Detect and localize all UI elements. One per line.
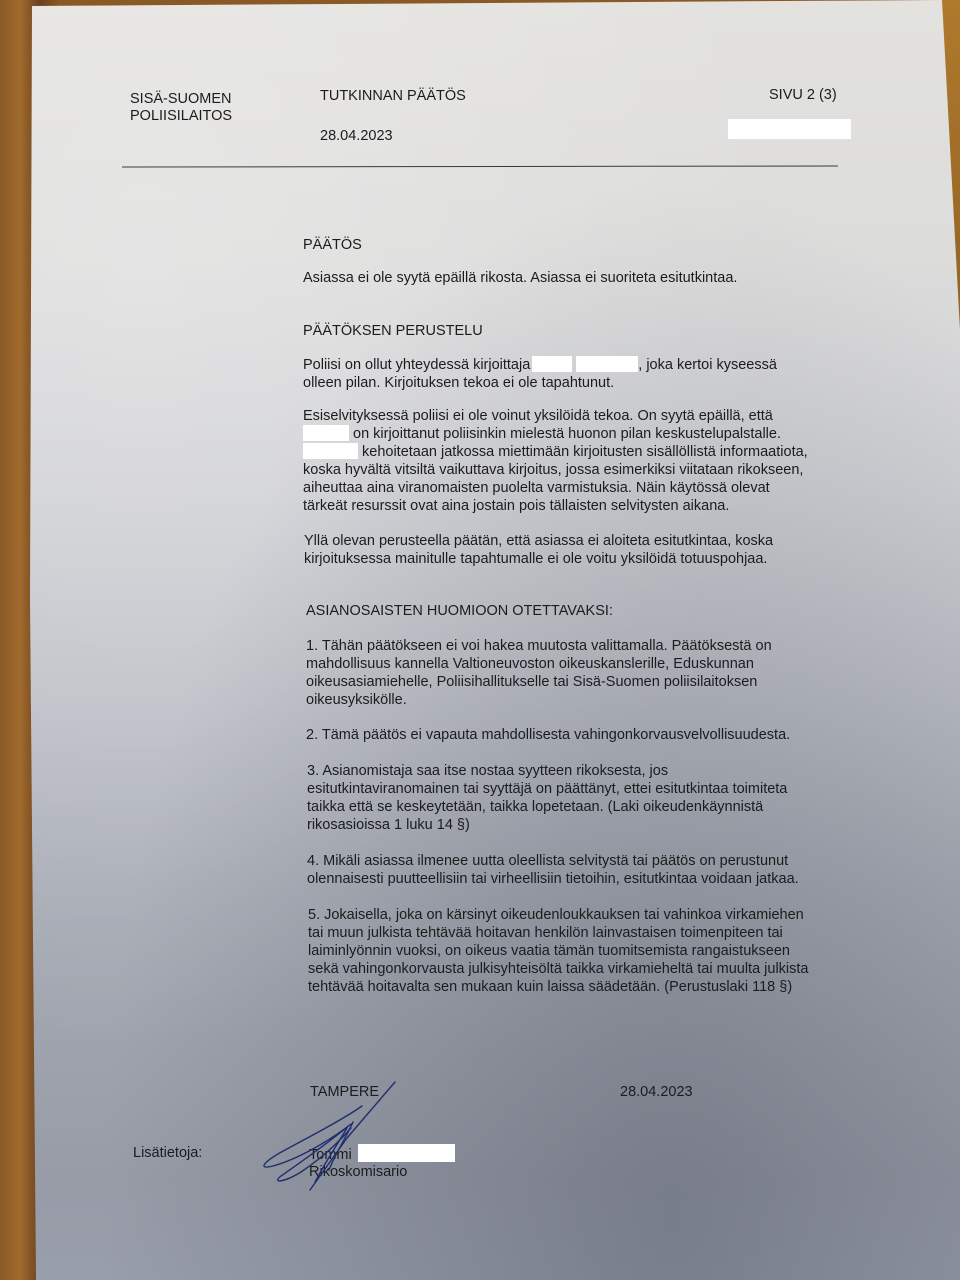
note-4-line: 4. Mikäli asiassa ilmenee uutta oleellis…: [307, 852, 799, 870]
note-item-2: 2. Tämä päätös ei vapauta mahdollisesta …: [306, 726, 790, 744]
note-5-line: sekä vahingonkorvausta julkisyhteisöltä …: [308, 960, 809, 978]
redaction-author-first: [532, 356, 572, 372]
grounds-p2-line2: on kirjoittanut poliisinkin mielestä huo…: [353, 426, 781, 442]
grounds-p2-line3: kehoitetaan jatkossa miettimään kirjoitu…: [362, 444, 808, 460]
grounds-paragraph-2: Esiselvityksessä poliisi ei ole voinut y…: [303, 407, 808, 515]
note-1-line: oikeusyksikölle.: [306, 691, 772, 709]
document-date: 28.04.2023: [320, 127, 393, 145]
note-item-3: 3. Asianomistaja saa itse nostaa syyttee…: [307, 762, 787, 834]
redaction-name: [303, 425, 349, 441]
note-item-1: 1. Tähän päätökseen ei voi hakea muutost…: [306, 637, 772, 709]
redaction-author-last: [576, 356, 638, 372]
signing-date: 28.04.2023: [620, 1083, 693, 1101]
handwritten-signature: [255, 1078, 425, 1198]
redaction-name: [303, 443, 358, 459]
note-5-line: tehtävää hoitavalta sen mukaan kuin lais…: [308, 978, 809, 996]
grounds-p3-line2: kirjoituksessa mainitulle tapahtumalle e…: [304, 550, 773, 568]
note-5-line: tai muun julkista tehtävää hoitavan henk…: [308, 924, 809, 942]
contact-label: Lisätietoja:: [133, 1144, 202, 1162]
page-indicator: SIVU 2 (3): [769, 86, 837, 104]
note-5-line: 5. Jokaisella, joka on kärsinyt oikeuden…: [308, 906, 809, 924]
note-4-line: olennaisesti puutteellisiin tai virheell…: [307, 870, 799, 888]
note-3-line: rikosasioissa 1 luku 14 §): [307, 816, 787, 834]
note-item-5: 5. Jokaisella, joka on kärsinyt oikeuden…: [308, 906, 809, 996]
grounds-p1-text: Poliisi on ollut yhteydessä kirjoittaja: [303, 357, 530, 373]
grounds-p1-text-cont: , joka kertoi kyseessä: [638, 357, 777, 373]
grounds-p2-line1: Esiselvityksessä poliisi ei ole voinut y…: [303, 407, 808, 425]
note-1-line: mahdollisuus kannella Valtioneuvoston oi…: [306, 655, 772, 673]
note-3-line: 3. Asianomistaja saa itse nostaa syyttee…: [307, 762, 787, 780]
org-name-line1: SISÄ-SUOMEN: [130, 90, 232, 108]
redaction-case-number: [728, 119, 851, 139]
note-1-line: 1. Tähän päätökseen ei voi hakea muutost…: [306, 637, 772, 655]
grounds-p3-line1: Yllä olevan perusteella päätän, että asi…: [304, 532, 773, 550]
note-5-line: laiminlyönnin vuoksi, on oikeus vaatia t…: [308, 942, 809, 960]
grounds-p2-line4: koska hyvältä vitsiltä vaikuttava kirjoi…: [303, 461, 808, 479]
grounds-paragraph-1: Poliisi on ollut yhteydessä kirjoittaja,…: [303, 356, 777, 392]
note-3-line: esitutkintaviranomainen tai syyttäjä on …: [307, 780, 787, 798]
grounds-p1-line2: olleen pilan. Kirjoituksen tekoa ei ole …: [303, 374, 777, 392]
grounds-p2-line5: aiheuttaa aina viranomaisten puolelta va…: [303, 479, 808, 497]
document-type: TUTKINNAN PÄÄTÖS: [320, 87, 466, 105]
org-name-line2: POLIISILAITOS: [130, 107, 232, 125]
note-1-line: oikeusasiamiehelle, Poliisihallitukselle…: [306, 673, 772, 691]
note-item-4: 4. Mikäli asiassa ilmenee uutta oleellis…: [307, 852, 799, 888]
note-2-line: 2. Tämä päätös ei vapauta mahdollisesta …: [306, 726, 790, 744]
grounds-p2-line6: tärkeät resurssit ovat aina jostain pois…: [303, 497, 808, 515]
notes-heading: ASIANOSAISTEN HUOMIOON OTETTAVAKSI:: [306, 602, 613, 620]
grounds-heading: PÄÄTÖKSEN PERUSTELU: [303, 322, 483, 340]
decision-heading: PÄÄTÖS: [303, 236, 362, 254]
note-3-line: taikka että se keskeytetään, taikka lope…: [307, 798, 787, 816]
grounds-paragraph-3: Yllä olevan perusteella päätän, että asi…: [304, 532, 773, 568]
decision-text: Asiassa ei ole syytä epäillä rikosta. As…: [303, 269, 737, 287]
